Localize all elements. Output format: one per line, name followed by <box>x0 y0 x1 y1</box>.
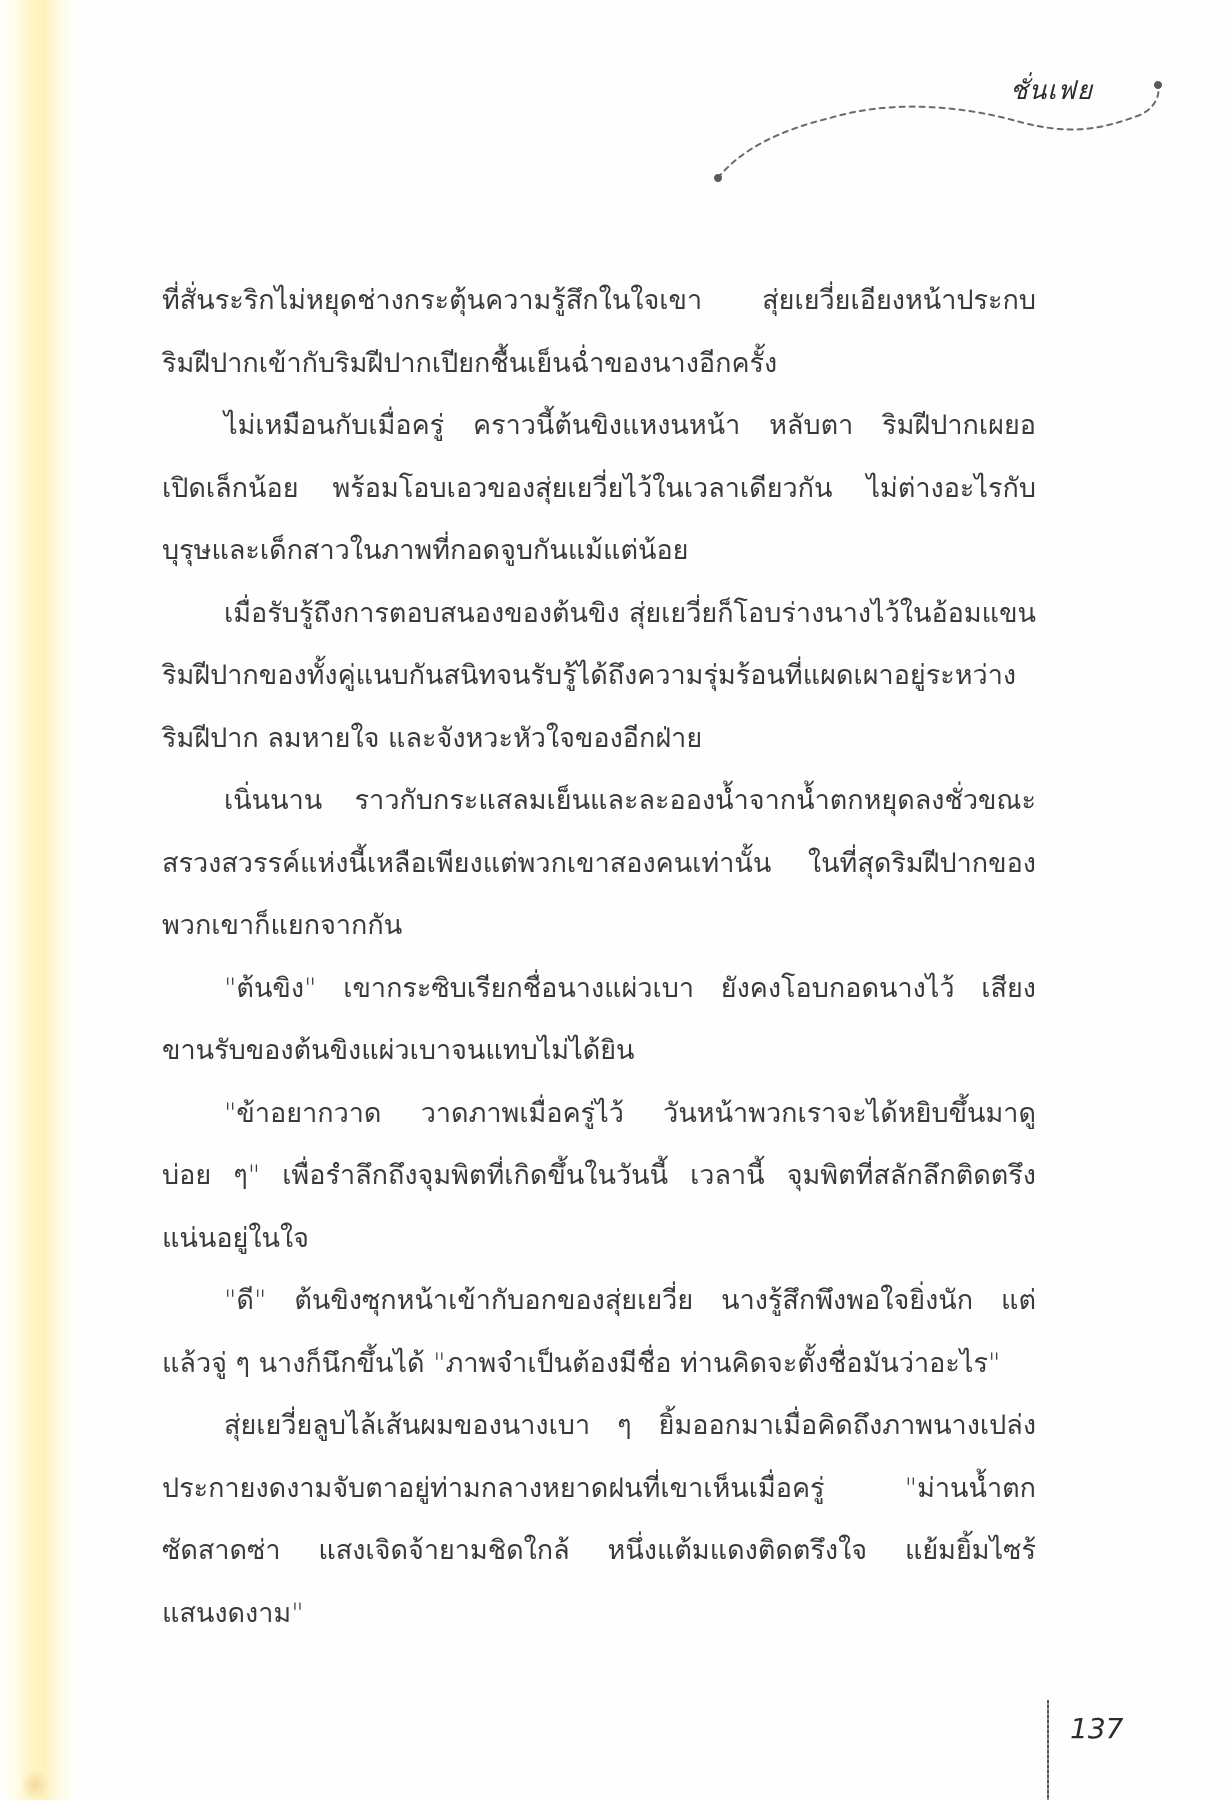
dotted-swirl-ornament-icon <box>700 70 1180 200</box>
text-line: เปิดเล็กน้อย พร้อมโอบเอวของสุ่ยเยวี่ยไว้… <box>162 458 1036 521</box>
text-line: "ดี" ต้นขิงซุกหน้าเข้ากับอกของสุ่ยเยวี่ย… <box>162 1270 1036 1333</box>
text-line: ที่สั่นระริกไม่หยุดช่างกระตุ้นความรู้สึก… <box>162 270 1036 333</box>
text-line: แน่นอยู่ในใจ <box>162 1208 1036 1271</box>
text-line: ซัดสาดซ่า แสงเจิดจ้ายามชิดใกล้ หนึ่งแต้ม… <box>162 1520 1036 1583</box>
text-line: พวกเขาก็แยกจากกัน <box>162 895 1036 958</box>
page-spine-stain <box>20 1770 50 1800</box>
text-line: สรวงสวรรค์แห่งนี้เหลือเพียงแต่พวกเขาสองค… <box>162 833 1036 896</box>
text-line: เนิ่นนาน ราวกับกระแสลมเย็นและละอองน้ำจาก… <box>162 770 1036 833</box>
footer-divider <box>1047 1700 1049 1800</box>
page-number: 137 <box>1070 1712 1123 1745</box>
text-line: ริมฝีปาก ลมหายใจ และจังหวะหัวใจของอีกฝ่า… <box>162 708 1036 771</box>
text-line: เมื่อรับรู้ถึงการตอบสนองของต้นขิง สุ่ยเย… <box>162 583 1036 646</box>
text-line: ริมฝีปากเข้ากับริมฝีปากเปียกชื้นเย็นฉ่ำข… <box>162 333 1036 396</box>
text-line: บ่อย ๆ" เพื่อรำลึกถึงจุมพิตที่เกิดขึ้นใน… <box>162 1145 1036 1208</box>
text-line: สุ่ยเยวี่ยลูบไล้เส้นผมของนางเบา ๆ ยิ้มออ… <box>162 1395 1036 1458</box>
text-line: แล้วจู่ ๆ นางก็นึกขึ้นได้ "ภาพจำเป็นต้อง… <box>162 1333 1036 1396</box>
text-line: "ข้าอยากวาด วาดภาพเมื่อครู่ไว้ วันหน้าพว… <box>162 1083 1036 1146</box>
text-line: ไม่เหมือนกับเมื่อครู่ คราวนี้ต้นขิงแหงนห… <box>162 395 1036 458</box>
text-line: แสนงดงาม" <box>162 1583 1036 1646</box>
text-line: ริมฝีปากของทั้งคู่แนบกันสนิทจนรับรู้ได้ถ… <box>162 645 1036 708</box>
text-line: ขานรับของต้นขิงแผ่วเบาจนแทบไม่ได้ยิน <box>162 1020 1036 1083</box>
text-line: ประกายงดงามจับตาอยู่ท่ามกลางหยาดฝนที่เขา… <box>162 1458 1036 1521</box>
text-line: บุรุษและเด็กสาวในภาพที่กอดจูบกันแม้แต่น้… <box>162 520 1036 583</box>
text-line: "ต้นขิง" เขากระซิบเรียกชื่อนางแผ่วเบา ยั… <box>162 958 1036 1021</box>
book-page: ชั่นเฟย ที่สั่นระริกไม่หยุดช่างกระตุ้นคว… <box>0 0 1229 1800</box>
body-text: ที่สั่นระริกไม่หยุดช่างกระตุ้นความรู้สึก… <box>162 270 1036 1645</box>
page-spine-shadow <box>0 0 75 1800</box>
running-header-title: ชั่นเฟย <box>1010 70 1093 111</box>
